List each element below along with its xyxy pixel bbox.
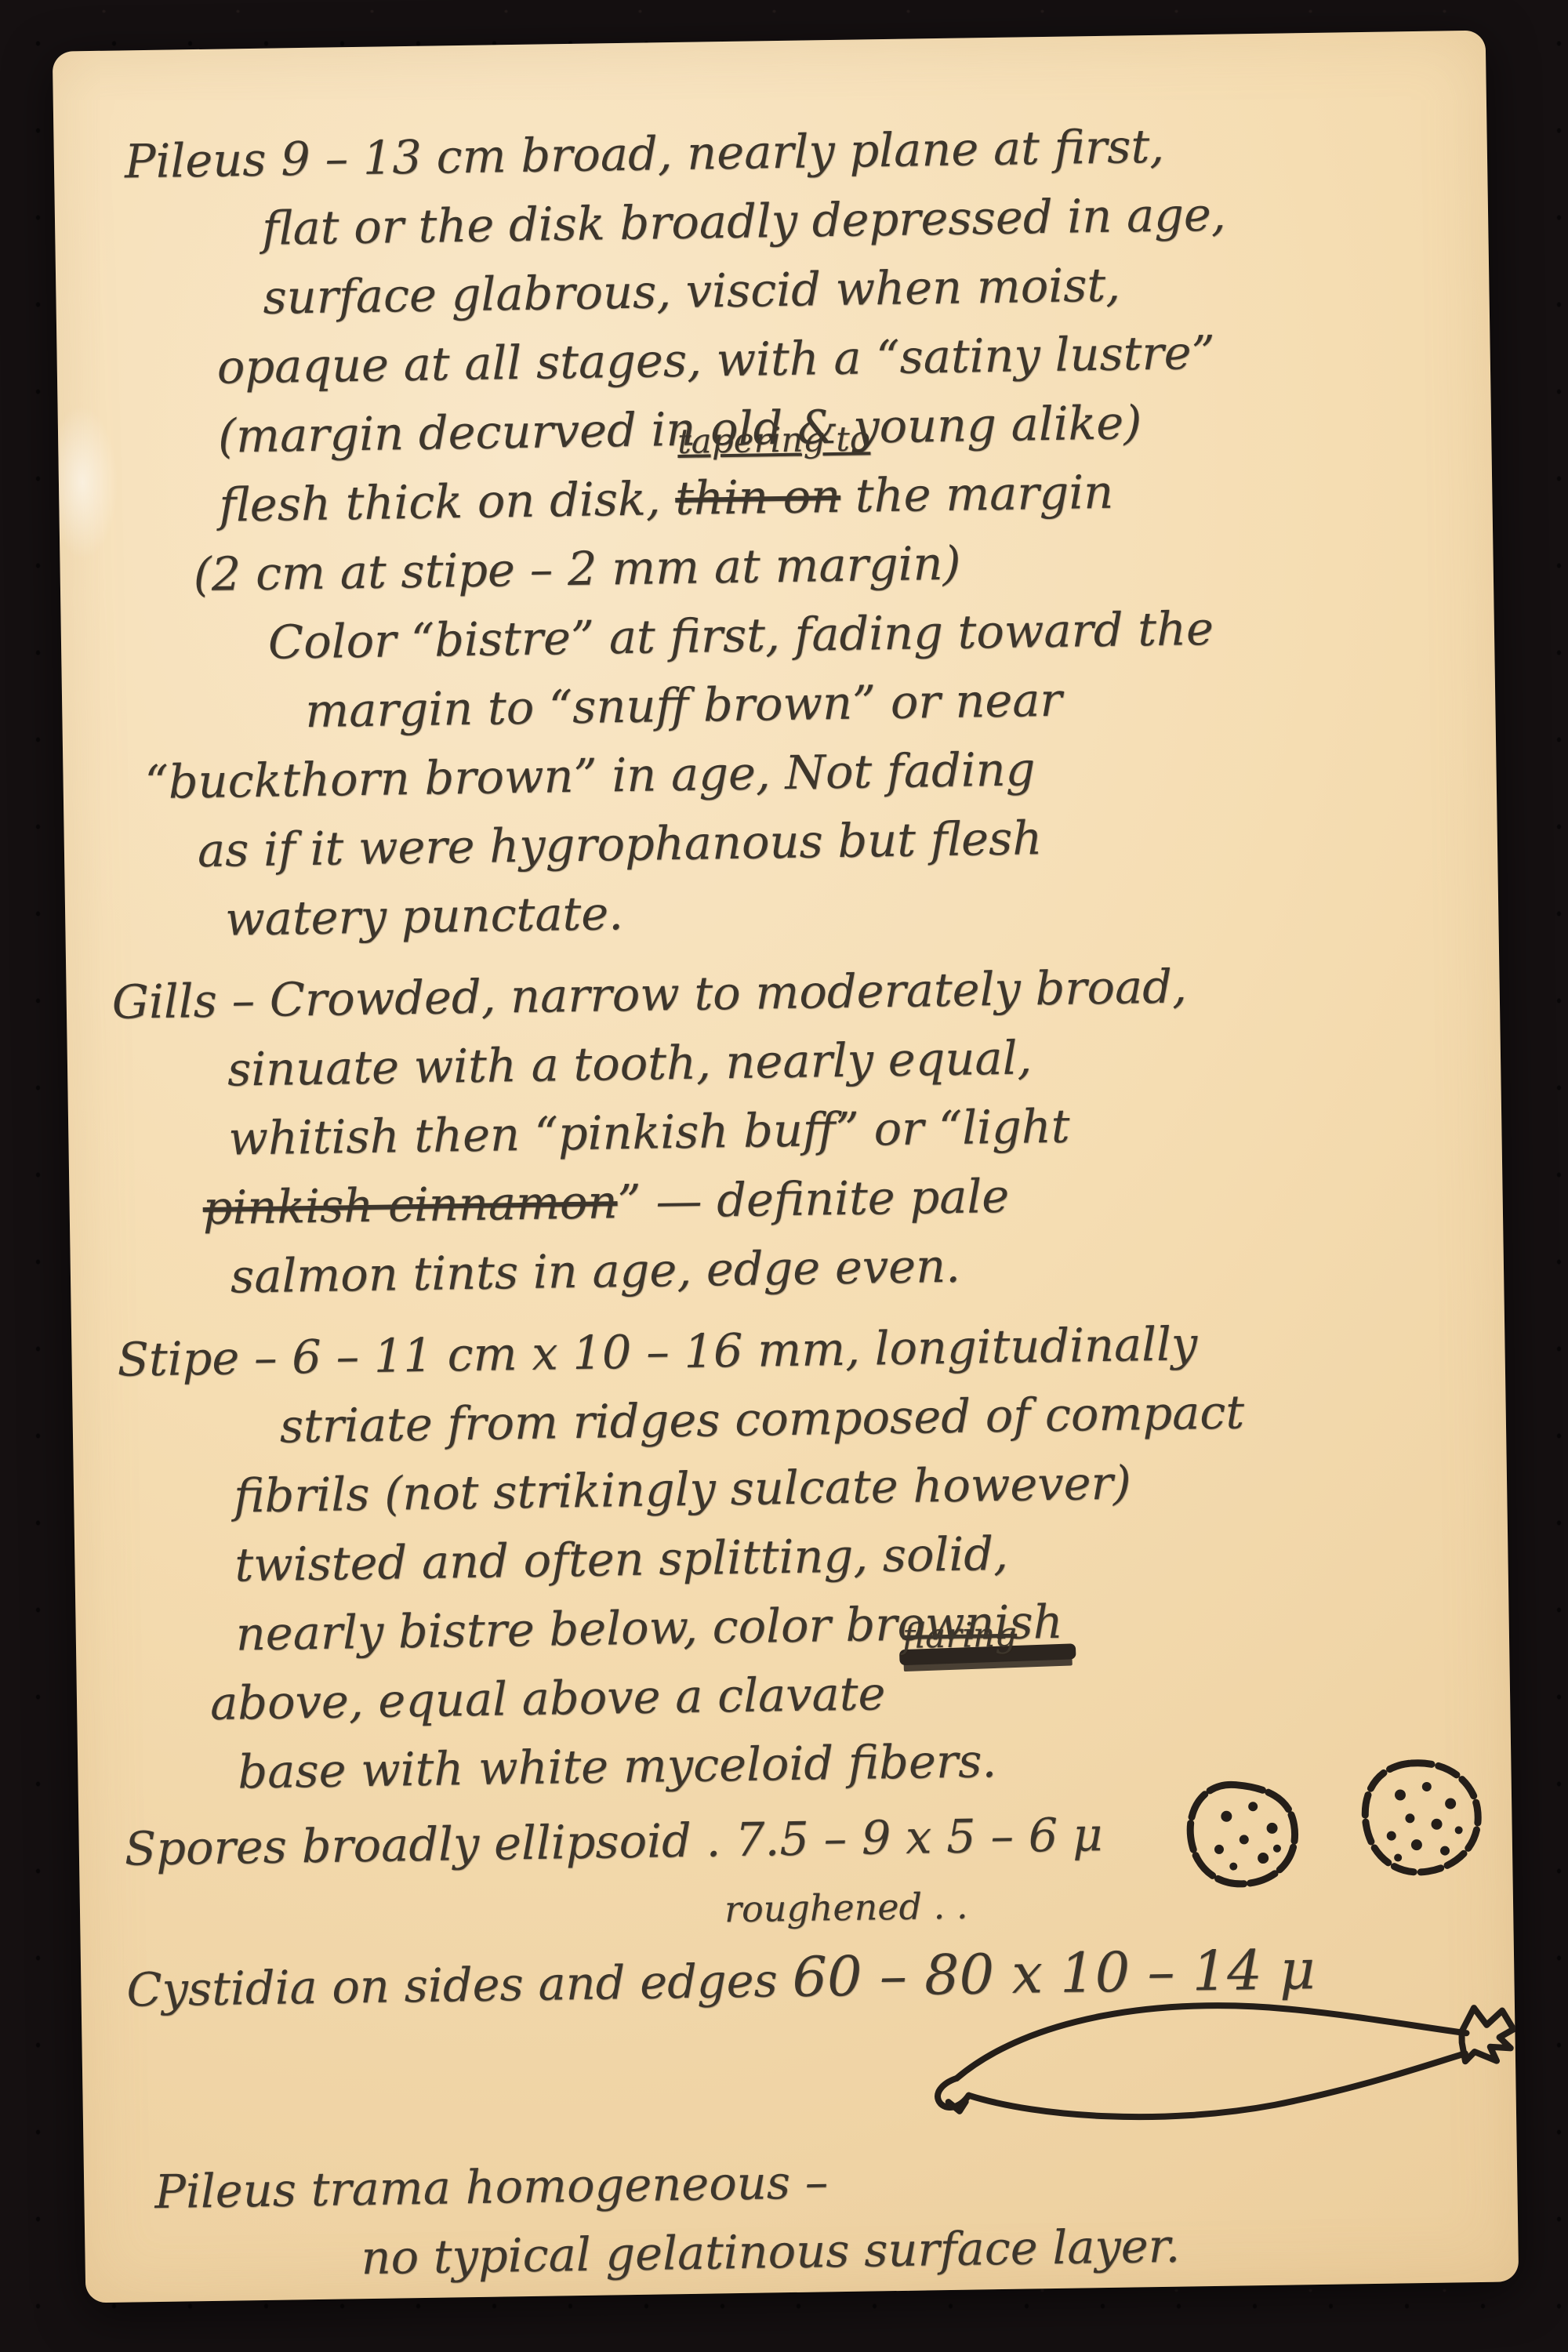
photo-background: { "colors":{"background":"#151011","card…: [0, 0, 1568, 2352]
inserted-word-above: tapering to: [677, 422, 871, 459]
spores-sketch: [1174, 1751, 1515, 1944]
cystidium-sketch: [912, 1960, 1519, 2154]
inserted-word-above: flaring: [902, 1618, 1018, 1654]
inline-correction: thin ontapering to: [675, 462, 841, 533]
note-card: Pileus 9 – 13 cm broad, nearly plane at …: [53, 31, 1519, 2303]
inline-correction: flaring: [899, 1657, 1076, 1728]
